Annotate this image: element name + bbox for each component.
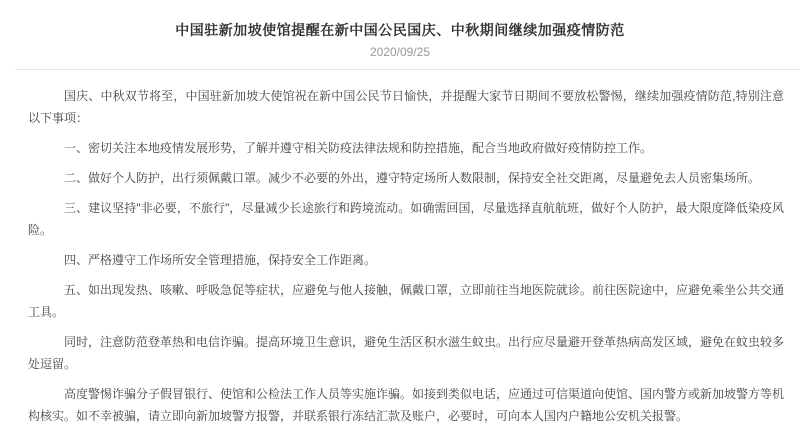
article-header: 中国驻新加坡使馆提醒在新中国公民国庆、中秋期间继续加强疫情防范 2020/09/… [0, 0, 800, 59]
body-paragraph-item-1: 一、密切关注本地疫情发展形势，了解并遵守相关防疫法律法规和防控措施，配合当地政府… [28, 137, 784, 159]
article-date: 2020/09/25 [0, 45, 800, 59]
body-paragraph-intro: 国庆、中秋双节将至，中国驻新加坡大使馆祝在新中国公民节日愉快，并提醒大家节日期间… [28, 85, 784, 129]
body-paragraph-item-3: 三、建议坚持"非必要，不旅行"，尽量减少长途旅行和跨境流动。如确需回国，尽量选择… [28, 197, 784, 241]
article-title: 中国驻新加坡使馆提醒在新中国公民国庆、中秋期间继续加强疫情防范 [0, 21, 800, 39]
article-body: 国庆、中秋双节将至，中国驻新加坡大使馆祝在新中国公民节日愉快，并提醒大家节日期间… [0, 70, 800, 427]
body-paragraph-item-4: 四、严格遵守工作场所安全管理措施，保持安全工作距离。 [28, 249, 784, 271]
article-page: 中国驻新加坡使馆提醒在新中国公民国庆、中秋期间继续加强疫情防范 2020/09/… [0, 0, 800, 428]
body-paragraph-item-5: 五、如出现发热、咳嗽、呼吸急促等症状，应避免与他人接触，佩戴口罩，立即前往当地医… [28, 279, 784, 323]
body-paragraph-dengue-notice: 同时，注意防范登革热和电信诈骗。提高环境卫生意识，避免生活区积水滋生蚊虫。出行应… [28, 331, 784, 375]
body-paragraph-fraud-notice: 高度警惕诈骗分子假冒银行、使馆和公检法工作人员等实施诈骗。如接到类似电话，应通过… [28, 383, 784, 427]
body-paragraph-item-2: 二、做好个人防护，出行须佩戴口罩。减少不必要的外出，遵守特定场所人数限制，保持安… [28, 167, 784, 189]
